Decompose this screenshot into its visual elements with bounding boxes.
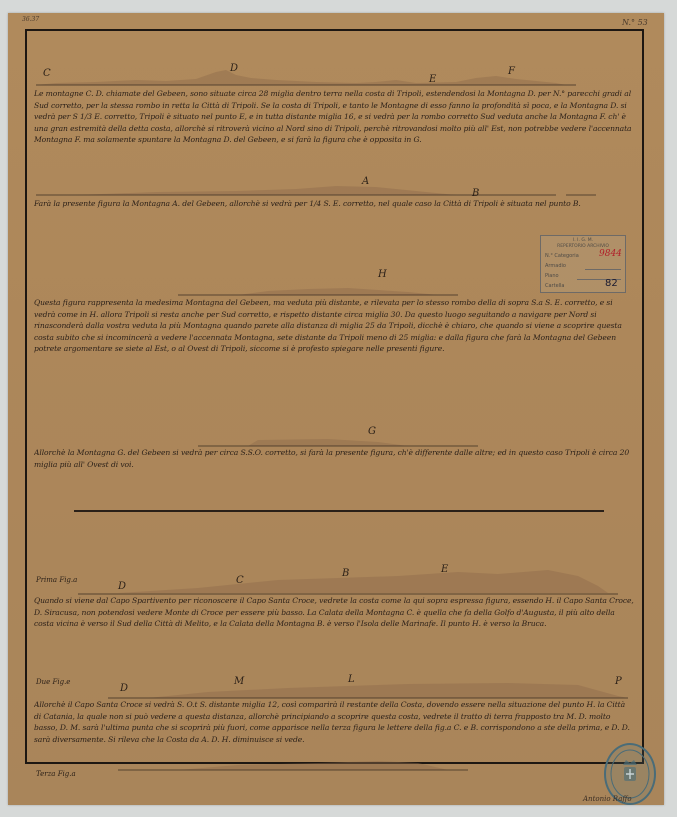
stamp-field-label: N.° Categoria <box>545 253 579 259</box>
section-6-text: Allorchè il Capo Santa Croce si vedrà S.… <box>34 699 634 749</box>
profile-label-A: A <box>362 176 369 187</box>
profile-label-D: D <box>120 683 128 694</box>
stamp-field-value: 9844 <box>599 249 622 259</box>
corner-number-left: 36.37 <box>22 16 39 23</box>
profile-label-L: L <box>348 674 355 685</box>
coastal-profile-1 <box>36 58 576 88</box>
archive-stamp: I. I. G. M. REPERTORIO ARCHIVIO N.° Cate… <box>540 235 626 293</box>
section-5-text: Quando si viene dal Capo Spartivento per… <box>34 595 634 655</box>
coastal-profile-5 <box>78 568 638 598</box>
signature: Antonio Raffo <box>583 795 632 803</box>
profile-label-P: P <box>615 676 622 687</box>
profile-label-C: C <box>43 68 51 79</box>
profile-label-F: F <box>508 66 515 77</box>
stamp-field-label: Cartella <box>545 283 565 289</box>
figure-note: Terza Fig.a <box>36 770 76 778</box>
figure-note: Prima Fig.a <box>36 576 77 584</box>
figure-note: Due Fig.e <box>36 678 70 686</box>
section-1-text: Le montagne C. D. chiamate del Gebeen, s… <box>34 88 634 158</box>
profile-label-H: H <box>378 269 387 280</box>
profile-label-B: B <box>342 568 349 579</box>
section-divider <box>74 510 604 512</box>
coastal-profile-6 <box>108 678 628 700</box>
section-3-text: Questa figura rappresenta la medesima Mo… <box>34 297 634 379</box>
profile-label-G: G <box>368 426 376 437</box>
stamp-header-1: I. I. G. M. <box>541 238 625 243</box>
folio-number: N.° 53 <box>622 18 648 27</box>
section-4-text: Allorchè la Montagna G. del Gebeen si ve… <box>34 447 634 473</box>
stamp-field-label: Armadio <box>545 263 566 269</box>
coastal-profile-2 <box>36 181 596 197</box>
profile-label-M: M <box>234 676 244 687</box>
profile-label-D: D <box>118 581 126 592</box>
profile-label-E: E <box>429 74 436 85</box>
stamp-blank-line <box>585 269 621 270</box>
coastal-profile-3 <box>178 283 458 297</box>
stamp-field-label: Piano <box>545 273 559 279</box>
stamp-field-value: 82 <box>605 278 618 289</box>
coastal-profile-7 <box>118 755 478 773</box>
profile-label-C: C <box>236 575 244 586</box>
section-2-text: Farà la presente figura la Montagna A. d… <box>34 198 634 224</box>
profile-label-E: E <box>441 564 448 575</box>
manuscript-sheet: 36.37 N.° 53 C D E F Le montagne C. D. c… <box>8 13 664 805</box>
profile-label-D: D <box>230 63 238 74</box>
